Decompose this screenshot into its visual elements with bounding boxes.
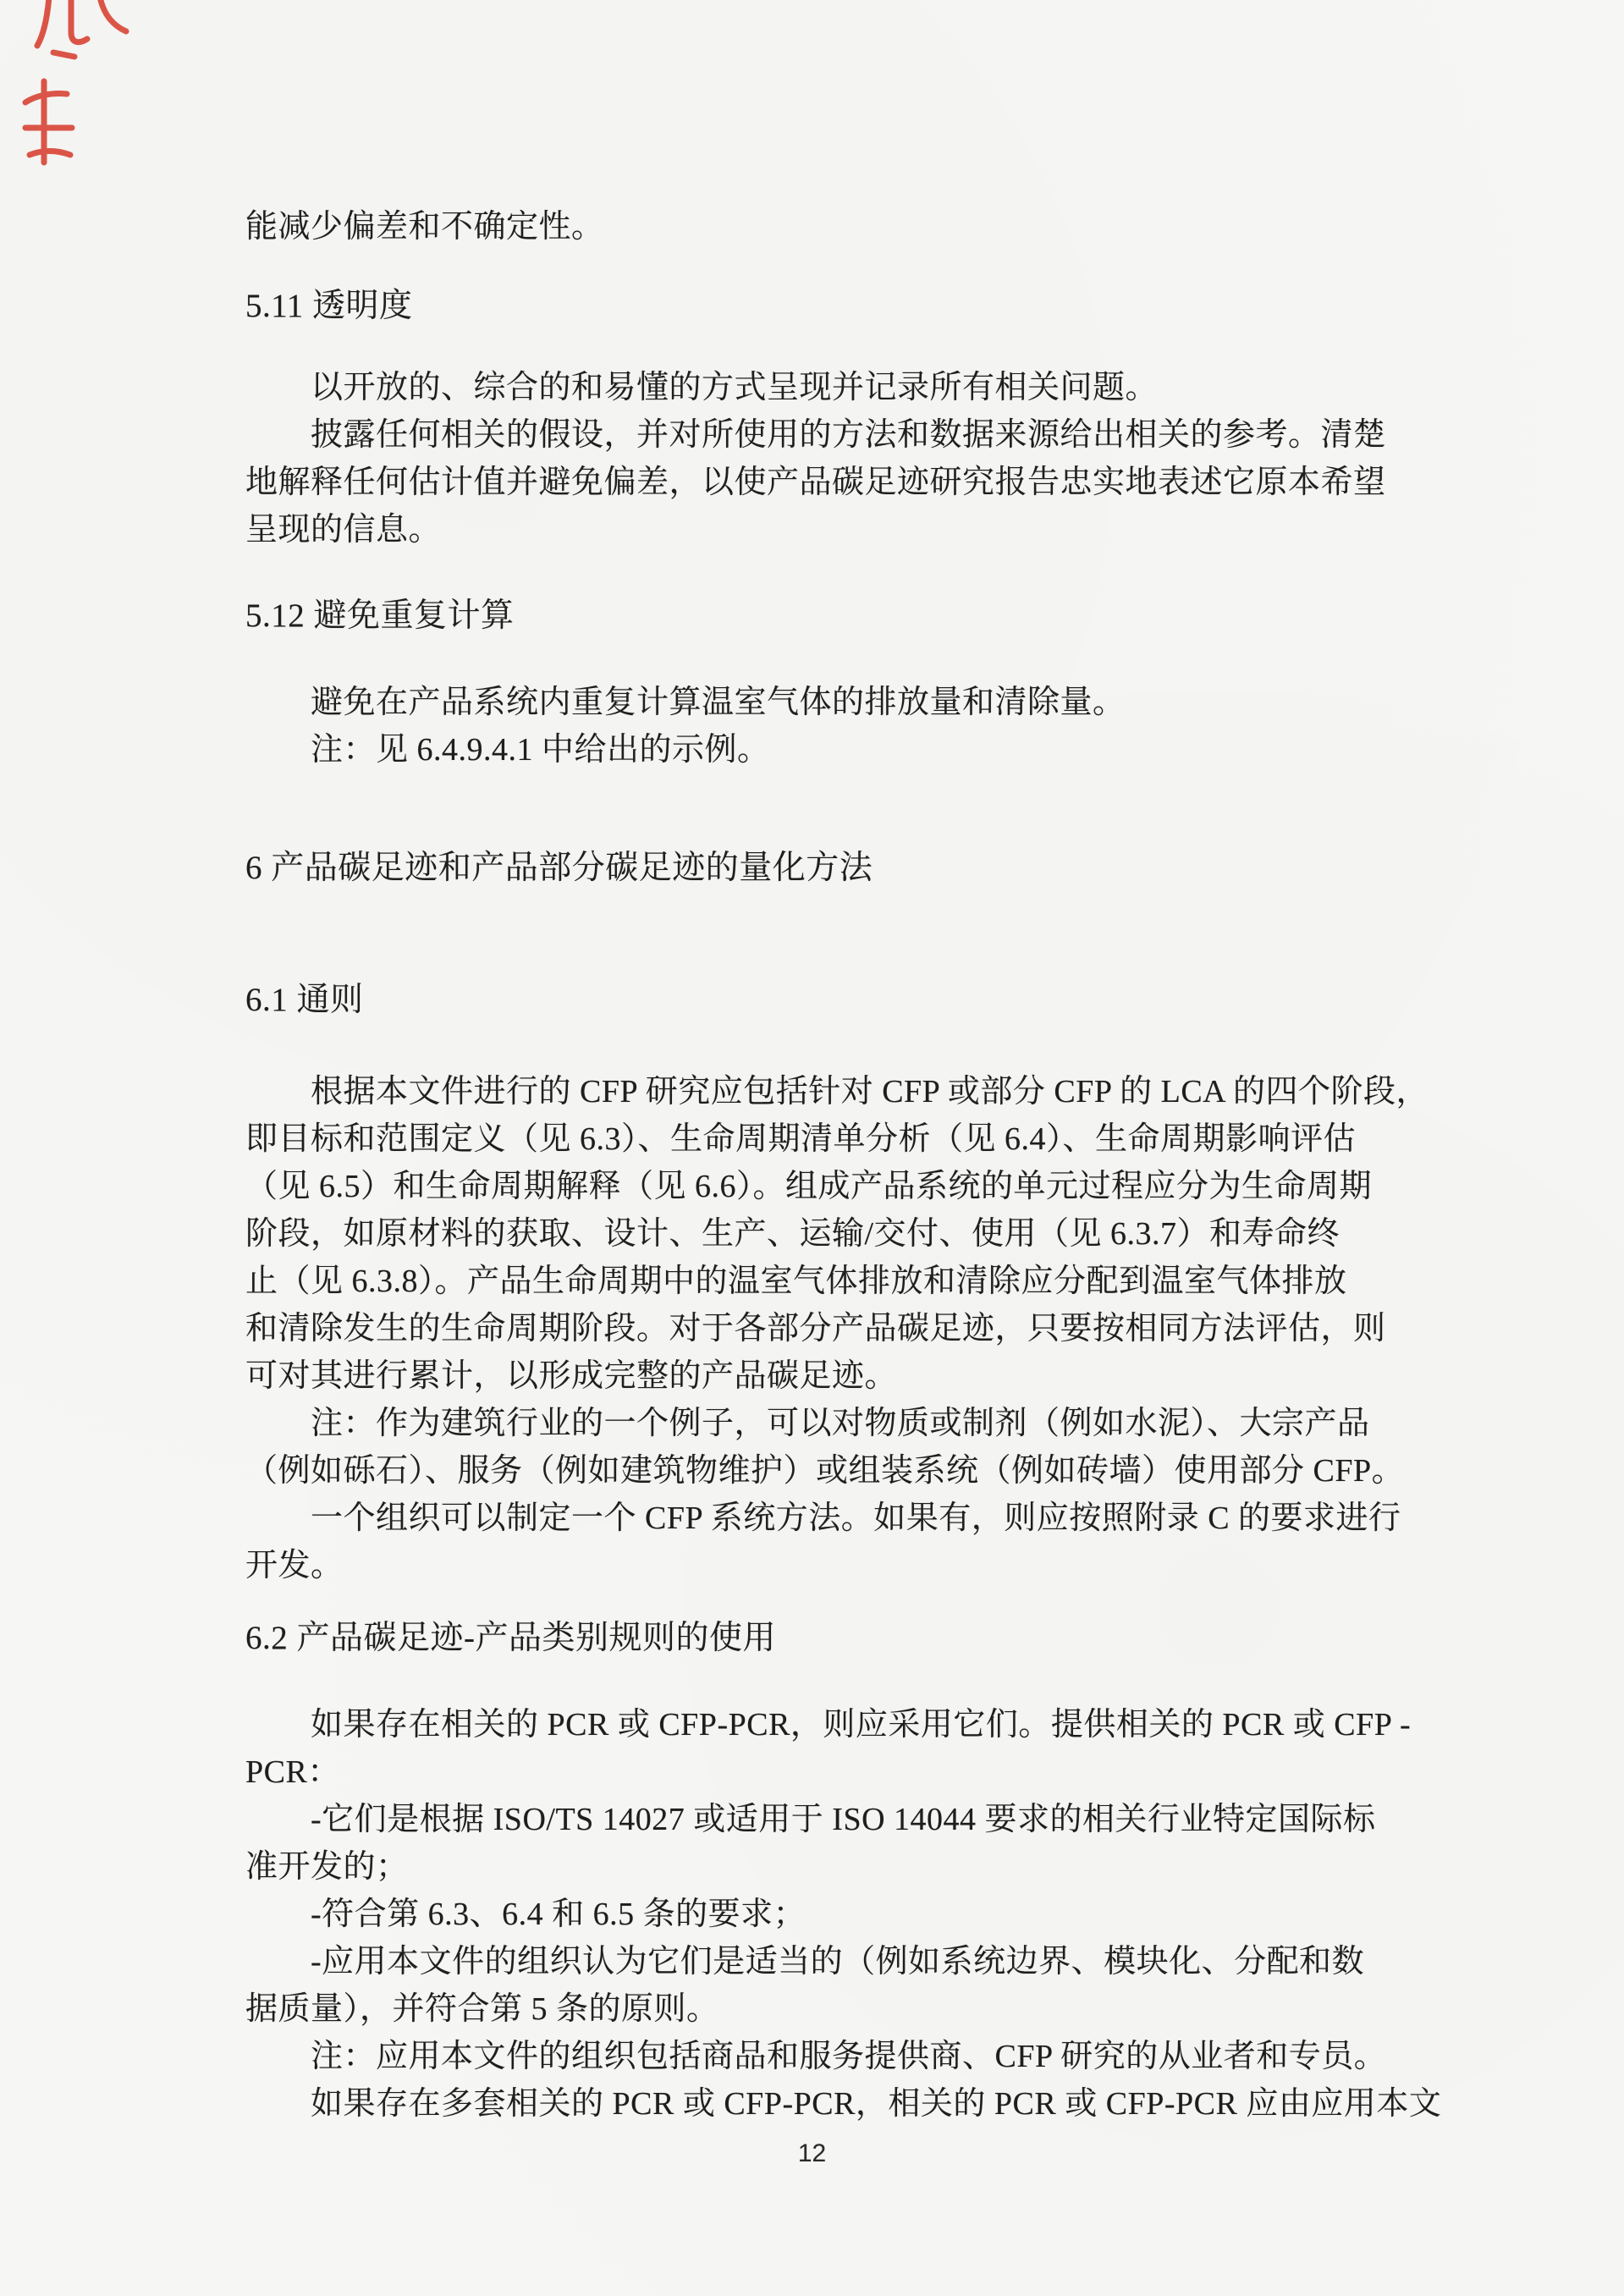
text-line: 注：见 6.4.9.4.1 中给出的示例。 <box>245 726 1390 774</box>
paragraph-general-rules: 根据本文件进行的 CFP 研究应包括针对 CFP 或部分 CFP 的 LCA 的… <box>245 1068 1390 1589</box>
text-line: 地解释任何估计值并避免偏差，以使产品碳足迹研究报告忠实地表述它原本希望 <box>245 459 1390 506</box>
paragraph-continuation: 能减少偏差和不确定性。 <box>245 203 1390 251</box>
text-line: 如果存在相关的 PCR 或 CFP-PCR，则应采用它们。提供相关的 PCR 或… <box>245 1701 1390 1748</box>
text-line: 准开发的； <box>245 1843 1390 1891</box>
text-line: 一个组织可以制定一个 CFP 系统方法。如果有，则应按照附录 C 的要求进行 <box>245 1495 1390 1542</box>
text-line: 阶段，如原材料的获取、设计、生产、运输/交付、使用（见 6.3.7）和寿命终 <box>245 1210 1390 1258</box>
paragraph-transparency: 以开放的、综合的和易懂的方式呈现并记录所有相关问题。 披露任何相关的假设，并对所… <box>245 364 1390 553</box>
text-line: 可对其进行累计，以形成完整的产品碳足迹。 <box>245 1352 1390 1400</box>
text-line: -应用本文件的组织认为它们是适当的（例如系统边界、模块化、分配和数 <box>245 1938 1390 1985</box>
text-line: 据质量），并符合第 5 条的原则。 <box>245 1985 1390 2033</box>
text-line: 开发。 <box>245 1542 1390 1589</box>
paragraph-double-counting: 避免在产品系统内重复计算温室气体的排放量和清除量。 注：见 6.4.9.4.1 … <box>245 679 1390 774</box>
text-line: 注：应用本文件的组织包括商品和服务提供商、CFP 研究的从业者和专员。 <box>245 2033 1390 2080</box>
page-number: 12 <box>798 2139 826 2167</box>
text-line: 止（见 6.3.8）。产品生命周期中的温室气体排放和清除应分配到温室气体排放 <box>245 1258 1390 1305</box>
heading-6: 6 产品碳足迹和产品部分碳足迹的量化方法 <box>245 845 1390 892</box>
heading-text: 6.2 产品碳足迹-产品类别规则的使用 <box>245 1615 1390 1662</box>
text-line: 以开放的、综合的和易懂的方式呈现并记录所有相关问题。 <box>245 364 1390 411</box>
text-line: 能减少偏差和不确定性。 <box>245 203 1390 251</box>
text-line: 和清除发生的生命周期阶段。对于各部分产品碳足迹，只要按相同方法评估，则 <box>245 1305 1390 1352</box>
text-line: -符合第 6.3、6.4 和 6.5 条的要求； <box>245 1891 1390 1938</box>
text-line: 根据本文件进行的 CFP 研究应包括针对 CFP 或部分 CFP 的 LCA 的… <box>245 1068 1390 1115</box>
text-line: 避免在产品系统内重复计算温室气体的排放量和清除量。 <box>245 679 1390 726</box>
text-line: （见 6.5）和生命周期解释（见 6.6）。组成产品系统的单元过程应分为生命周期 <box>245 1163 1390 1210</box>
paragraph-pcr-use: 如果存在相关的 PCR 或 CFP-PCR，则应采用它们。提供相关的 PCR 或… <box>245 1701 1390 2128</box>
text-line: （例如砾石）、服务（例如建筑物维护）或组装系统（例如砖墙）使用部分 CFP。 <box>245 1447 1390 1495</box>
heading-text: 5.11 透明度 <box>245 283 1390 330</box>
heading-6-1: 6.1 通则 <box>245 977 1390 1024</box>
text-line: 披露任何相关的假设，并对所使用的方法和数据来源给出相关的参考。清楚 <box>245 411 1390 459</box>
heading-6-2: 6.2 产品碳足迹-产品类别规则的使用 <box>245 1615 1390 1662</box>
heading-5-12: 5.12 避免重复计算 <box>245 592 1390 640</box>
text-line: 即目标和范围定义（见 6.3）、生命周期清单分析（见 6.4）、生命周期影响评估 <box>245 1115 1390 1163</box>
heading-text: 5.12 避免重复计算 <box>245 592 1390 640</box>
text-line: -它们是根据 ISO/TS 14027 或适用于 ISO 14044 要求的相关… <box>245 1796 1390 1843</box>
document-body: 能减少偏差和不确定性。5.11 透明度 以开放的、综合的和易懂的方式呈现并记录所… <box>0 0 1624 2128</box>
document-page: 能减少偏差和不确定性。5.11 透明度 以开放的、综合的和易懂的方式呈现并记录所… <box>0 0 1624 2296</box>
text-line: 呈现的信息。 <box>245 506 1390 553</box>
text-line: 注：作为建筑行业的一个例子，可以对物质或制剂（例如水泥）、大宗产品 <box>245 1400 1390 1447</box>
text-line: 如果存在多套相关的 PCR 或 CFP-PCR，相关的 PCR 或 CFP-PC… <box>245 2080 1390 2128</box>
heading-5-11: 5.11 透明度 <box>245 283 1390 330</box>
page-footer: 12 <box>0 2139 1624 2168</box>
heading-text: 6 产品碳足迹和产品部分碳足迹的量化方法 <box>245 845 1390 892</box>
heading-text: 6.1 通则 <box>245 977 1390 1024</box>
text-line: PCR： <box>245 1748 1390 1796</box>
